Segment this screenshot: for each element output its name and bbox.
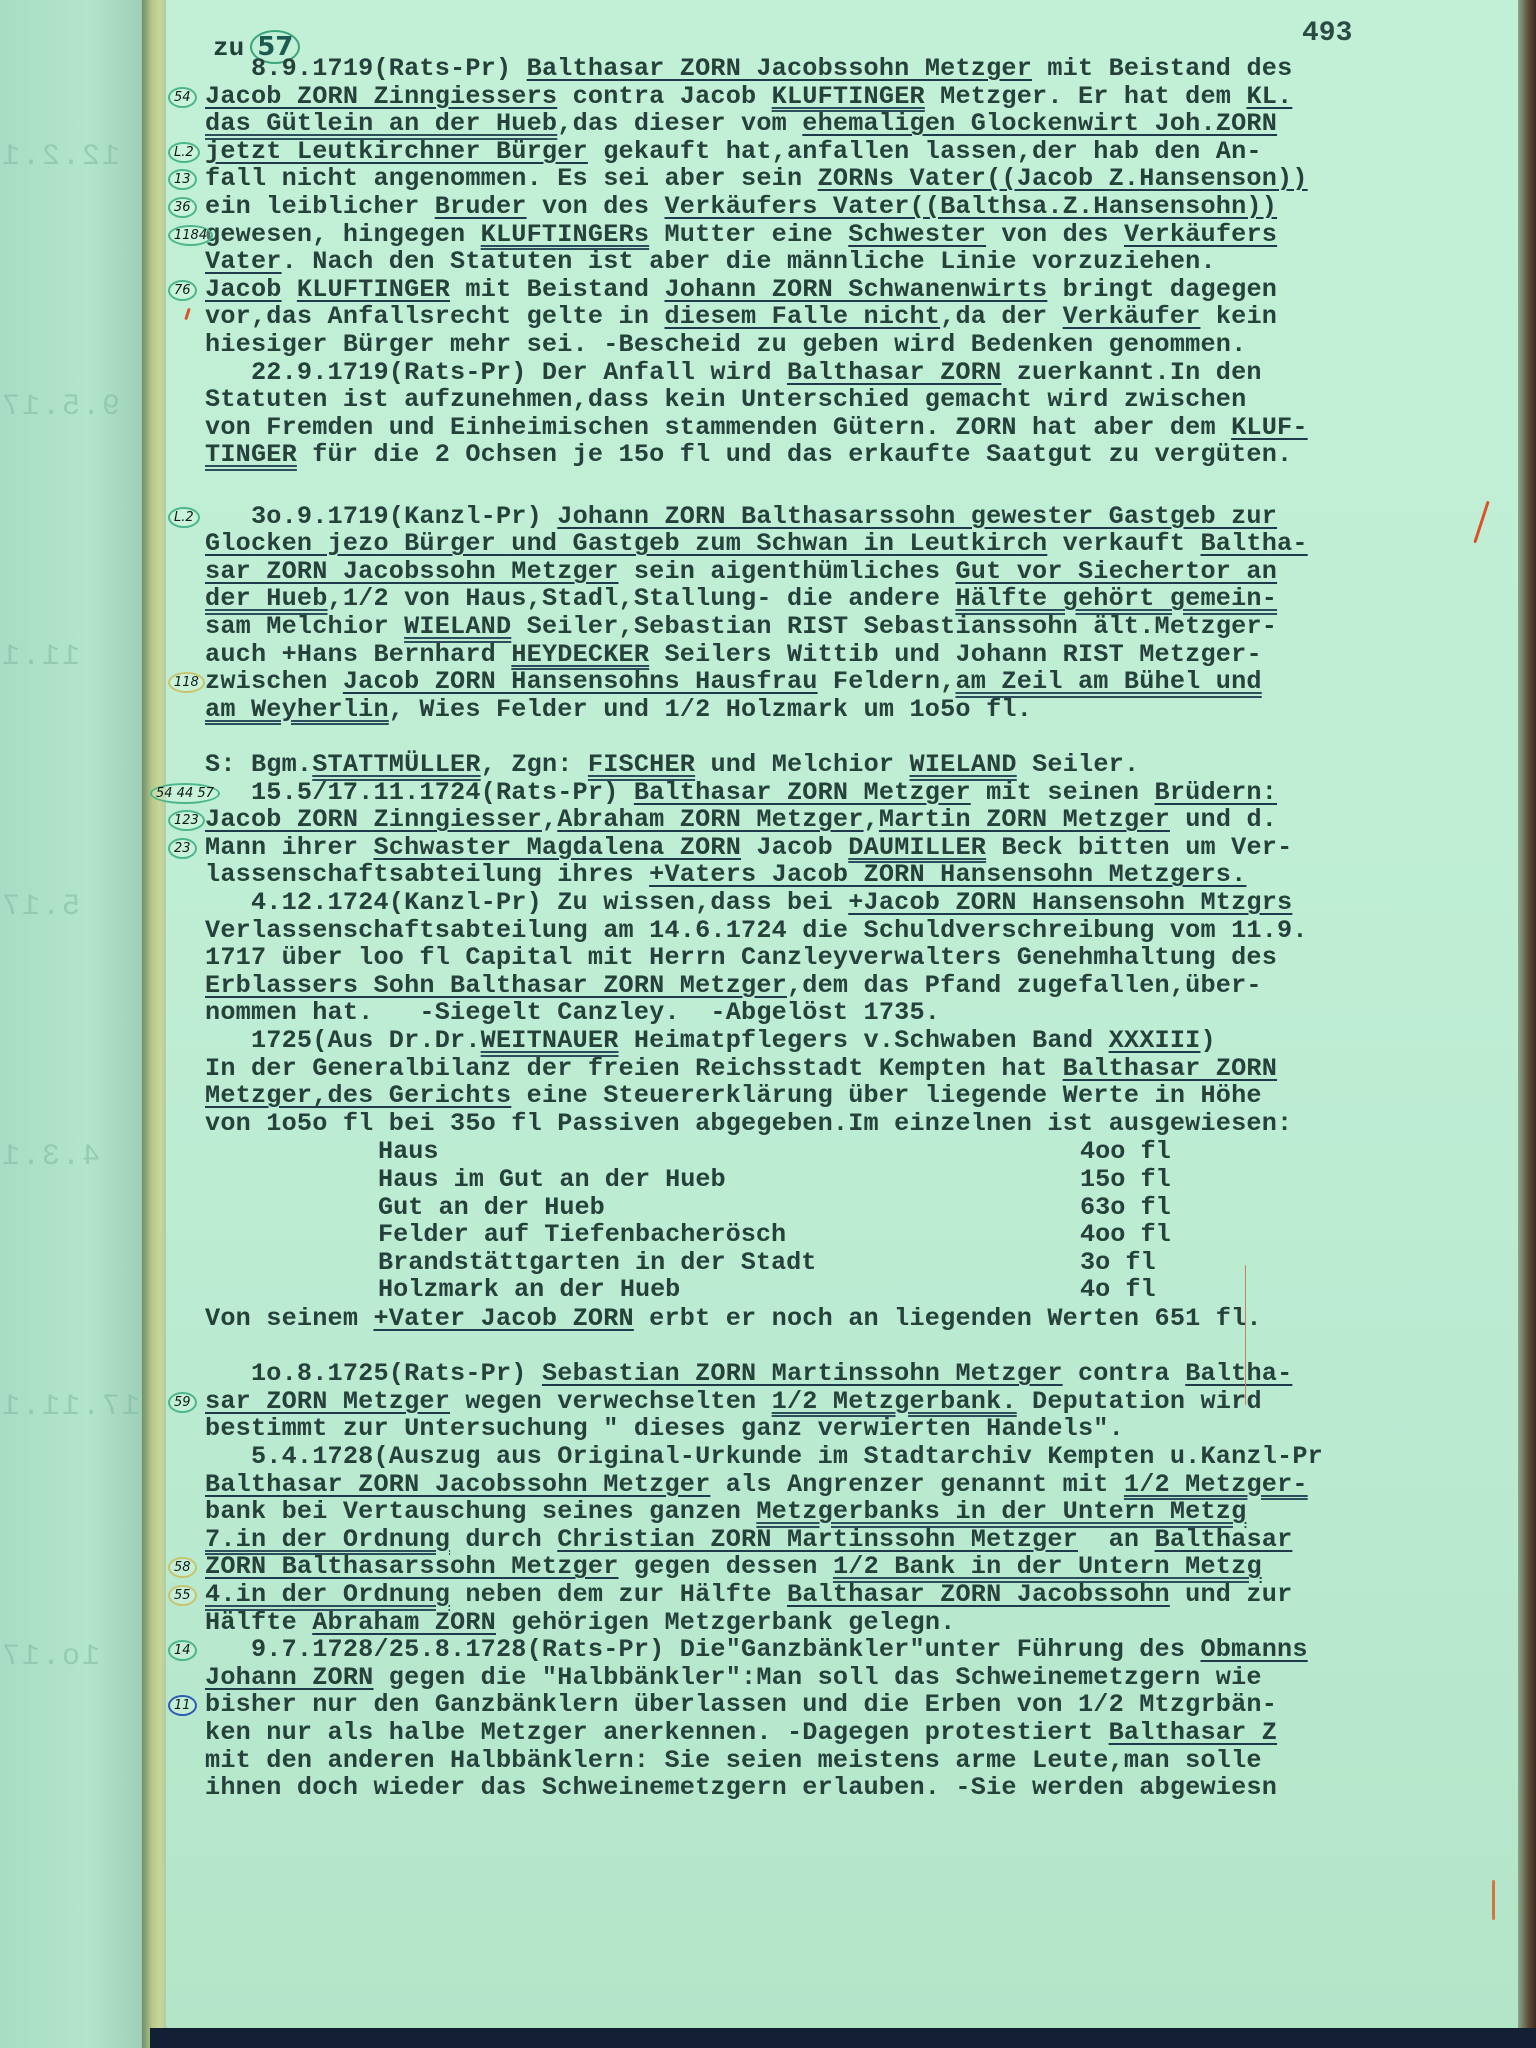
- text-run: 1725(Aus Dr.Dr.: [205, 1026, 481, 1055]
- underlined-name: KLUF-: [1231, 413, 1308, 442]
- underlined-name: Verkäufers Vater((Balthsa.Z.Hansensohn)): [664, 192, 1277, 221]
- text-run: S: Bgm.: [205, 750, 312, 779]
- underlined-name: ZORN Balthasarssohn Metzger: [205, 1552, 619, 1581]
- underlined-name: XXXIII: [1109, 1026, 1201, 1055]
- underlined-name: Jacob ZORN Hansensohns Hausfrau: [343, 667, 818, 696]
- text-line: Glocken jezo Bürger und Gastgeb zum Schw…: [205, 530, 1308, 558]
- asset-item: Haus im Gut an der Hueb: [378, 1165, 726, 1194]
- page-bottom-edge: [150, 2028, 1536, 2048]
- text-run: hiesiger Bürger mehr sei. -Bescheid zu g…: [205, 330, 1246, 359]
- margin-note-circle: 54: [168, 87, 197, 108]
- red-pencil-mark: [1245, 1265, 1246, 1405]
- underlined-name: der Hueb: [205, 584, 328, 613]
- text-run: gehörigen Metzgerbank gelegn.: [496, 1608, 955, 1637]
- text-run: durch: [450, 1525, 557, 1554]
- text-run: nommen hat. -Siegelt Canzley. -Abgelöst …: [205, 998, 940, 1027]
- text-line: Balthasar ZORN Jacobssohn Metzger als An…: [205, 1471, 1308, 1499]
- underlined-name: Sebastian ZORN Martinssohn Metzger: [542, 1359, 1063, 1388]
- text-run: neben dem zur Hälfte: [450, 1580, 787, 1609]
- underlined-name: Abraham ZORN: [312, 1608, 496, 1637]
- text-run: wegen verwechselten: [450, 1387, 772, 1416]
- text-run: mit seinen: [971, 778, 1155, 807]
- underlined-name: 1/2 Metzgerbank.: [772, 1387, 1017, 1416]
- underlined-name: Balthasar ZORN Jacobssohn: [787, 1580, 1170, 1609]
- text-run: Beck bitten um Ver-: [986, 833, 1292, 862]
- underlined-name: Abraham ZORN Metzger: [557, 805, 863, 834]
- underlined-name: +Jacob ZORN Hansensohn Mtzgrs: [848, 888, 1292, 917]
- asset-item: Brandstättgarten in der Stadt: [378, 1248, 816, 1277]
- text-run: zwischen: [205, 667, 343, 696]
- underlined-name: WEITNAUER: [481, 1026, 619, 1055]
- text-line: sam Melchior WIELAND Seiler,Sebastian RI…: [205, 613, 1277, 641]
- text-run: ihnen doch wieder das Schweinemetzgern e…: [205, 1773, 1277, 1802]
- underlined-name: Erblassers Sohn Balthasar ZORN Metzger: [205, 971, 787, 1000]
- text-run: und zur: [1170, 1580, 1293, 1609]
- text-line: sar ZORN Jacobssohn Metzger sein aigenth…: [205, 558, 1277, 586]
- underlined-name: sar ZORN Jacobssohn Metzger: [205, 557, 619, 586]
- text-line: Statuten ist aufzunehmen,dass kein Unter…: [205, 386, 1246, 414]
- text-run: von Fremden und Einheimischen stammenden…: [205, 413, 1231, 442]
- asset-amount: 4oo fl: [1080, 1220, 1171, 1249]
- text-run: lassenschaftsabteilung ihres: [205, 860, 649, 889]
- ghost-text: 12.2.17: [0, 140, 120, 174]
- text-run: fall nicht angenommen. Es sei aber sein: [205, 164, 818, 193]
- text-run: 4.12.1724(Kanzl-Pr) Zu wissen,dass bei: [205, 888, 848, 917]
- text-run: 3o.9.1719(Kanzl-Pr): [205, 502, 557, 531]
- text-run: von des: [527, 192, 665, 221]
- underlined-name: HEYDECKER: [511, 640, 649, 669]
- text-run: mit Beistand: [450, 275, 664, 304]
- text-run: Metzger. Er hat dem: [925, 82, 1247, 111]
- text-line: Jacob ZORN Zinngiessers contra Jacob KLU…: [205, 83, 1292, 111]
- margin-note-circle: 118: [168, 672, 205, 693]
- text-line: ken nur als halbe Metzger anerkennen. -D…: [205, 1719, 1277, 1747]
- text-line: vor,das Anfallsrecht gelte in diesem Fal…: [205, 303, 1277, 331]
- text-line: der Hueb,1/2 von Haus,Stadl,Stallung- di…: [205, 585, 1277, 613]
- text-run: In der Generalbilanz der freien Reichsst…: [205, 1054, 1063, 1083]
- text-run: und d.: [1170, 805, 1277, 834]
- text-run: Mann ihrer: [205, 833, 373, 862]
- margin-note-circle: 55: [168, 1585, 197, 1606]
- text-line: 22.9.1719(Rats-Pr) Der Anfall wird Balth…: [205, 359, 1262, 387]
- text-line: 4.in der Ordnung neben dem zur Hälfte Ba…: [205, 1581, 1292, 1609]
- underlined-name: Johann ZORN Schwanenwirts: [664, 275, 1047, 304]
- text-line: 7.in der Ordnung durch Christian ZORN Ma…: [205, 1526, 1292, 1554]
- underlined-name: am Zeil am Bühel und: [955, 667, 1261, 696]
- text-run: bank bei Vertauschung seines ganzen: [205, 1497, 756, 1526]
- margin-note-circle: 1184: [168, 225, 213, 246]
- text-run: mit den anderen Halbbänklern: Sie seien …: [205, 1746, 1262, 1775]
- text-run: . Nach den Statuten ist aber die männlic…: [282, 247, 1216, 276]
- text-line: Verlassenschaftsabteilung am 14.6.1724 d…: [205, 917, 1308, 945]
- text-run: bringt dagegen: [1047, 275, 1277, 304]
- underlined-name: Johann ZORN Balthasarssohn gewester Gast…: [557, 502, 1277, 531]
- page-number: 493: [1302, 18, 1352, 49]
- text-run: ,dem das Pfand zugefallen,über-: [787, 971, 1262, 1000]
- underlined-name: Hälfte gehört gemein-: [955, 584, 1277, 613]
- asset-item: Holzmark an der Hueb: [378, 1275, 680, 1304]
- underlined-name: 7.in der Ordnung: [205, 1525, 450, 1554]
- asset-amount: 4o fl: [1080, 1275, 1156, 1304]
- text-run: ,1/2 von Haus,Stadl,Stallung- die andere: [328, 584, 956, 613]
- ghost-text: 11.17: [0, 640, 80, 674]
- text-line: 1717 über loo fl Capital mit Herrn Canzl…: [205, 944, 1277, 972]
- text-run: zuerkannt.In den: [1001, 358, 1261, 387]
- text-line: zwischen Jacob ZORN Hansensohns Hausfrau…: [205, 668, 1262, 696]
- text-run: 15.5/17.11.1724(Rats-Pr): [205, 778, 634, 807]
- margin-note-circle: 13: [168, 169, 197, 190]
- text-run: ,: [864, 805, 879, 834]
- text-line: mit den anderen Halbbänklern: Sie seien …: [205, 1747, 1262, 1775]
- text-run: 8.9.1719(Rats-Pr): [205, 54, 527, 83]
- margin-note-circle: L.2: [168, 142, 200, 163]
- underlined-name: Balthasar Z: [1109, 1718, 1277, 1747]
- text-run: von des: [986, 220, 1124, 249]
- text-run: Hälfte: [205, 1608, 312, 1637]
- text-line: S: Bgm.STATTMÜLLER, Zgn: FISCHER und Mel…: [205, 751, 1139, 779]
- text-line: Metzger,des Gerichts eine Steuererklärun…: [205, 1082, 1262, 1110]
- margin-note-circle: 76: [168, 280, 197, 301]
- underlined-name: Jacob ZORN Zinngiessers: [205, 82, 557, 111]
- text-line: Erblassers Sohn Balthasar ZORN Metzger,d…: [205, 972, 1262, 1000]
- text-run: , Wies Felder und 1/2 Holzmark um 1o5o f…: [389, 695, 1032, 724]
- underlined-name: Johann ZORN: [205, 1663, 373, 1692]
- text-run: ,: [542, 805, 557, 834]
- underlined-name: TINGER: [205, 440, 297, 469]
- text-run: verkauft: [1047, 529, 1200, 558]
- margin-note-circle: 23: [168, 838, 197, 859]
- text-run: sein aigenthümliches: [619, 557, 956, 586]
- text-line: von 1o5o fl bei 35o fl Passiven abgegebe…: [205, 1110, 1292, 1138]
- margin-note-circle: 59: [168, 1392, 197, 1413]
- underlined-name: 1/2 Bank in der Untern Metzg: [833, 1552, 1262, 1581]
- text-line: sar ZORN Metzger wegen verwechselten 1/2…: [205, 1388, 1262, 1416]
- text-run: contra: [1063, 1359, 1186, 1388]
- underlined-name: DAUMILLER: [848, 833, 986, 862]
- book-gutter: [142, 0, 168, 2048]
- text-line: 5.4.1728(Auszug aus Original-Urkunde im …: [205, 1443, 1323, 1471]
- underlined-name: FISCHER: [588, 750, 695, 779]
- text-run: ,da der: [940, 302, 1063, 331]
- text-line: 8.9.1719(Rats-Pr) Balthasar ZORN Jacobss…: [205, 55, 1292, 83]
- text-line: auch +Hans Bernhard HEYDECKER Seilers Wi…: [205, 641, 1262, 669]
- underlined-name: Baltha-: [1185, 1359, 1292, 1388]
- text-run: Von seinem: [205, 1304, 373, 1333]
- text-run: Statuten ist aufzunehmen,dass kein Unter…: [205, 385, 1246, 414]
- underlined-name: KLUFTINGER: [297, 275, 450, 304]
- text-line: ZORN Balthasarssohn Metzger gegen dessen…: [205, 1553, 1262, 1581]
- underlined-name: am Weyherlin: [205, 695, 389, 724]
- underlined-name: ZORNs Vater((Jacob Z.Hansenson)): [818, 164, 1308, 193]
- text-line: hiesiger Bürger mehr sei. -Bescheid zu g…: [205, 331, 1246, 359]
- text-line: bisher nur den Ganzbänklern überlassen u…: [205, 1691, 1277, 1719]
- text-run: Seiler.: [1017, 750, 1140, 779]
- text-line: fall nicht angenommen. Es sei aber sein …: [205, 165, 1308, 193]
- underlined-name: Brüdern:: [1155, 778, 1278, 807]
- text-run: 1o.8.1725(Rats-Pr): [205, 1359, 542, 1388]
- text-line: ein leiblicher Bruder von des Verkäufers…: [205, 193, 1277, 221]
- text-line: In der Generalbilanz der freien Reichsst…: [205, 1055, 1277, 1083]
- text-line: Vater. Nach den Statuten ist aber die mä…: [205, 248, 1216, 276]
- margin-note-circle: L.2: [168, 507, 200, 528]
- text-line: 1o.8.1725(Rats-Pr) Sebastian ZORN Martin…: [205, 1360, 1292, 1388]
- text-run: ): [1201, 1026, 1216, 1055]
- text-run: kein: [1201, 302, 1278, 331]
- text-run: sam Melchior: [205, 612, 404, 641]
- asset-amount: 4oo fl: [1080, 1137, 1171, 1166]
- asset-amount: 63o fl: [1080, 1193, 1171, 1222]
- underlined-name: WIELAND: [404, 612, 511, 641]
- underlined-name: Christian ZORN Martinssohn Metzger: [557, 1525, 1078, 1554]
- underlined-name: Schwester: [848, 220, 986, 249]
- underlined-name: Obmanns: [1200, 1635, 1307, 1664]
- underlined-name: STATTMÜLLER: [312, 750, 480, 779]
- text-run: Deputation wird: [1017, 1387, 1262, 1416]
- text-line: 4.12.1724(Kanzl-Pr) Zu wissen,dass bei +…: [205, 889, 1292, 917]
- underlined-name: Martin ZORN Metzger: [879, 805, 1170, 834]
- ghost-text: 17.11.17: [0, 1390, 140, 1424]
- text-line: Mann ihrer Schwaster Magdalena ZORN Jaco…: [205, 834, 1292, 862]
- text-line: Hälfte Abraham ZORN gehörigen Metzgerban…: [205, 1609, 955, 1637]
- underlined-name: Baltha-: [1200, 529, 1307, 558]
- underlined-name: Metzgerbanks in der Untern Metzg: [756, 1497, 1246, 1526]
- text-run: gegen dessen: [619, 1552, 833, 1581]
- underlined-name: 4.in der Ordnung: [205, 1580, 450, 1609]
- text-run: und Melchior: [695, 750, 909, 779]
- text-run: für die 2 Ochsen je 15o fl und das erkau…: [297, 440, 1292, 469]
- text-run: bisher nur den Ganzbänklern überlassen u…: [205, 1690, 1277, 1719]
- text-run: Seilers Wittib und Johann RIST Metzger-: [649, 640, 1262, 669]
- text-run: Verlassenschaftsabteilung am 14.6.1724 d…: [205, 916, 1308, 945]
- text-line: Jacob KLUFTINGER mit Beistand Johann ZOR…: [205, 276, 1277, 304]
- text-run: contra Jacob: [557, 82, 771, 111]
- underlined-name: +Vater Jacob ZORN: [373, 1304, 633, 1333]
- margin-note-circle: 58: [168, 1557, 197, 1578]
- left-page-edge: 12.2.179.5.17o11.175.1714.3.1717.11.171o…: [0, 0, 148, 2048]
- text-line: 1725(Aus Dr.Dr.WEITNAUER Heimatpflegers …: [205, 1027, 1216, 1055]
- underlined-name: Verkäufers: [1124, 220, 1277, 249]
- text-line: Jacob ZORN Zinngiesser,Abraham ZORN Metz…: [205, 806, 1277, 834]
- text-run: ,das dieser vom: [557, 109, 802, 138]
- text-run: von 1o5o fl bei 35o fl Passiven abgegebe…: [205, 1109, 1292, 1138]
- text-run: auch +Hans Bernhard: [205, 640, 511, 669]
- text-line: gewesen, hingegen KLUFTINGERs Mutter ein…: [205, 221, 1277, 249]
- text-run: vor,das Anfallsrecht gelte in: [205, 302, 664, 331]
- asset-amount: 15o fl: [1080, 1165, 1171, 1194]
- underlined-name: Balthasar ZORN: [1063, 1054, 1277, 1083]
- margin-note-circle: 54 44 57: [150, 783, 220, 804]
- margin-note-circle: 36: [168, 197, 197, 218]
- margin-note-circle: 14: [168, 1640, 197, 1661]
- text-run: Mutter eine: [649, 220, 848, 249]
- text-line: ihnen doch wieder das Schweinemetzgern e…: [205, 1774, 1277, 1802]
- text-line: bank bei Vertauschung seines ganzen Metz…: [205, 1498, 1246, 1526]
- text-line: am Weyherlin, Wies Felder und 1/2 Holzma…: [205, 696, 1032, 724]
- ghost-text: 1o.171: [0, 1640, 100, 1674]
- underlined-name: Jacob ZORN Zinngiesser: [205, 805, 542, 834]
- asset-item: Felder auf Tiefenbacherösch: [378, 1220, 786, 1249]
- text-line: TINGER für die 2 Ochsen je 15o fl und da…: [205, 441, 1292, 469]
- text-run: 1717 über loo fl Capital mit Herrn Canzl…: [205, 943, 1277, 972]
- text-line: 9.7.1728/25.8.1728(Rats-Pr) Die"Ganzbänk…: [205, 1636, 1308, 1664]
- text-run: ken nur als halbe Metzger anerkennen. -D…: [205, 1718, 1109, 1747]
- text-run: Seiler,Sebastian RIST Sebastianssohn ält…: [511, 612, 1277, 641]
- text-line: Von seinem +Vater Jacob ZORN erbt er noc…: [205, 1305, 1262, 1333]
- asset-item: Gut an der Hueb: [378, 1193, 605, 1222]
- underlined-name: Balthasar: [1155, 1525, 1293, 1554]
- text-run: Feldern,: [818, 667, 956, 696]
- text-line: 15.5/17.11.1724(Rats-Pr) Balthasar ZORN …: [205, 779, 1277, 807]
- text-run: 22.9.1719(Rats-Pr) Der Anfall wird: [205, 358, 787, 387]
- underlined-name: WIELAND: [910, 750, 1017, 779]
- text-run: an: [1078, 1525, 1155, 1554]
- text-run: 5.4.1728(Auszug aus Original-Urkunde im …: [205, 1442, 1323, 1471]
- margin-note-circle: 123: [168, 810, 205, 831]
- text-line: von Fremden und Einheimischen stammenden…: [205, 414, 1308, 442]
- red-pencil-mark: [1492, 1880, 1495, 1920]
- text-line: das Gütlein an der Hueb,das dieser vom e…: [205, 110, 1277, 138]
- text-run: erbt er noch an liegenden Werten 651 fl.: [634, 1304, 1262, 1333]
- text-line: Johann ZORN gegen die "Halbbänkler":Man …: [205, 1664, 1262, 1692]
- text-line: nommen hat. -Siegelt Canzley. -Abgelöst …: [205, 999, 940, 1027]
- underlined-name: Glocken jezo Bürger und Gastgeb zum Schw…: [205, 529, 1047, 558]
- ghost-text: 4.3.17: [0, 1140, 100, 1174]
- underlined-name: 1/2 Metzger-: [1124, 1470, 1308, 1499]
- text-run: gekauft hat,anfallen lassen,der hab den …: [588, 137, 1262, 166]
- page-right-edge: [1518, 0, 1536, 2048]
- underlined-name: +Vaters Jacob ZORN Hansensohn Metzgers.: [649, 860, 1246, 889]
- underlined-name: jetzt Leutkirchner Bürger: [205, 137, 588, 166]
- text-run: eine Steuererklärung über liegende Werte…: [511, 1081, 1261, 1110]
- underlined-name: Schwaster Magdalena ZORN: [373, 833, 741, 862]
- underlined-name: das Gütlein an der Hueb: [205, 109, 557, 138]
- ghost-text: 5.171: [0, 890, 80, 924]
- text-run: als Angrenzer genannt mit: [710, 1470, 1124, 1499]
- underlined-name: KLUFTINGER: [772, 82, 925, 111]
- text-run: gegen die "Halbbänkler":Man soll das Sch…: [373, 1663, 1261, 1692]
- text-run: [282, 275, 297, 304]
- text-run: mit Beistand des: [1032, 54, 1292, 83]
- text-line: bestimmt zur Untersuchung " dieses ganz …: [205, 1415, 1124, 1443]
- margin-note-circle: 11: [168, 1695, 197, 1716]
- underlined-name: Balthasar ZORN: [787, 358, 1001, 387]
- underlined-name: KL.: [1246, 82, 1292, 111]
- underlined-name: Balthasar ZORN Jacobssohn Metzger: [527, 54, 1032, 83]
- underlined-name: Balthasar ZORN Jacobssohn Metzger: [205, 1470, 710, 1499]
- underlined-name: Vater: [205, 247, 282, 276]
- asset-item: Haus: [378, 1137, 438, 1166]
- text-run: gewesen, hingegen: [205, 220, 481, 249]
- ghost-text: 9.5.17o: [0, 390, 120, 424]
- text-run: , Zgn:: [481, 750, 588, 779]
- text-line: jetzt Leutkirchner Bürger gekauft hat,an…: [205, 138, 1262, 166]
- underlined-name: diesem Falle nicht: [664, 302, 940, 331]
- underlined-name: Bruder: [435, 192, 527, 221]
- underlined-name: Balthasar ZORN Metzger: [634, 778, 971, 807]
- text-run: ein leiblicher: [205, 192, 435, 221]
- asset-amount: 3o fl: [1080, 1248, 1156, 1277]
- text-line: lassenschaftsabteilung ihres +Vaters Jac…: [205, 861, 1246, 889]
- text-line: 3o.9.1719(Kanzl-Pr) Johann ZORN Balthasa…: [205, 503, 1277, 531]
- underlined-name: Jacob: [205, 275, 282, 304]
- text-run: Jacob: [741, 833, 848, 862]
- underlined-name: ehemaligen Glockenwirt Joh.ZORN: [802, 109, 1277, 138]
- text-run: bestimmt zur Untersuchung " dieses ganz …: [205, 1414, 1124, 1443]
- underlined-name: sar ZORN Metzger: [205, 1387, 450, 1416]
- underlined-name: Verkäufer: [1063, 302, 1201, 331]
- underlined-name: Gut vor Siechertor an: [955, 557, 1277, 586]
- text-run: 9.7.1728/25.8.1728(Rats-Pr) Die"Ganzbänk…: [205, 1635, 1200, 1664]
- underlined-name: Metzger,des Gerichts: [205, 1081, 511, 1110]
- text-run: Heimatpflegers v.Schwaben Band: [619, 1026, 1109, 1055]
- underlined-name: KLUFTINGERs: [481, 220, 649, 249]
